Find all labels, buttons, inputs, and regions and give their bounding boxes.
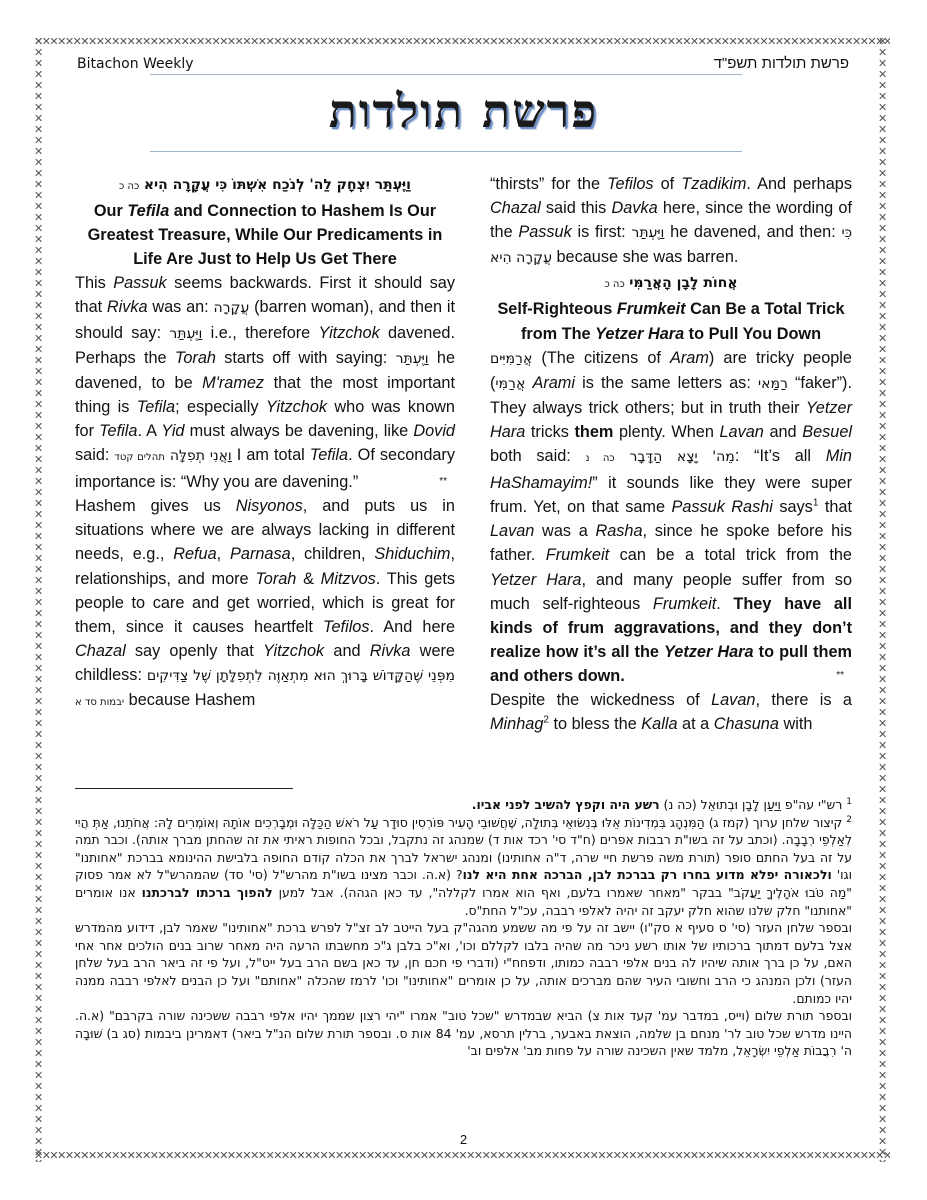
paragraph: “thirsts” for the Tefilos of Tzadikim. A… (490, 172, 852, 270)
footnote-separator (75, 788, 293, 789)
border-left: ✕✕✕✕✕✕✕✕✕✕✕✕✕✕✕✕✕✕✕✕✕✕✕✕✕✕✕✕✕✕✕✕✕✕✕✕✕✕✕✕… (34, 36, 46, 1162)
page-title: פרשת תולדות (0, 84, 927, 138)
paragraph: Despite the wickedness of Lavan, there i… (490, 688, 852, 736)
header-rule (150, 74, 742, 75)
publication-name: Bitachon Weekly (77, 56, 194, 72)
hebrew-verse: אֲחוֹת לָבָן הָאֲרַמִּי (629, 275, 737, 291)
section-headline: Our Tefila and Connection to Hashem Is O… (75, 199, 455, 271)
paragraph: Hashem gives us Nisyonos, and puts us in… (75, 494, 455, 715)
paragraph: אֲרַמִּיִּים (The citizens of Aram) are … (490, 346, 852, 688)
border-bottom: ✕✕✕✕✕✕✕✕✕✕✕✕✕✕✕✕✕✕✕✕✕✕✕✕✕✕✕✕✕✕✕✕✕✕✕✕✕✕✕✕… (34, 1150, 890, 1162)
footnote-1: 1 רש"י עה"פ וַיַּעַן לָבָן וּבְתוּאֵל (כ… (75, 796, 852, 814)
right-column: “thirsts” for the Tefilos of Tzadikim. A… (490, 172, 852, 736)
section-divider-stars: ** (836, 664, 852, 688)
footnote-2-cont: ובספר שלחן העזר (סי' ס סעיף א סק"ו) יישב… (75, 919, 852, 1007)
footnote-2-cont: ובספר תורת שלום (וייס, במדבר עמ' קעד אות… (75, 1007, 852, 1060)
verse-source: כה כ (604, 279, 624, 290)
title-rule (150, 151, 742, 152)
headline-italic: Tefila (127, 202, 169, 220)
border-right: ✕✕✕✕✕✕✕✕✕✕✕✕✕✕✕✕✕✕✕✕✕✕✕✕✕✕✕✕✕✕✕✕✕✕✕✕✕✕✕✕… (878, 36, 890, 1162)
page-number: 2 (0, 1132, 927, 1147)
verse-heading: אֲחוֹת לָבָן הָאֲרַמִּי כה כ (490, 270, 852, 297)
section-divider-stars: ** (439, 470, 455, 494)
hebrew-verse: וַיֶּעְתַּר יִצְחָק לַה' לְנֹכַח אִשְׁתּ… (144, 177, 411, 193)
footnote-2: 2 קיצור שלחן ערוך (קמז ג) הַמִּנְהָג בִּ… (75, 814, 852, 920)
headline-text: Our (94, 202, 127, 220)
footnotes: 1 רש"י עה"פ וַיַּעַן לָבָן וּבְתוּאֵל (כ… (75, 796, 852, 1060)
section-headline: Self-Righteous Frumkeit Can Be a Total T… (490, 297, 852, 345)
parsha-year-label: פרשת תולדות תשפ"ד (714, 55, 849, 72)
left-column: וַיֶּעְתַּר יִצְחָק לַה' לְנֹכַח אִשְׁתּ… (75, 172, 455, 715)
verse-source: כה כ (119, 181, 139, 192)
verse-heading: וַיֶּעְתַּר יִצְחָק לַה' לְנֹכַח אִשְׁתּ… (75, 172, 455, 199)
border-top: ✕✕✕✕✕✕✕✕✕✕✕✕✕✕✕✕✕✕✕✕✕✕✕✕✕✕✕✕✕✕✕✕✕✕✕✕✕✕✕✕… (34, 36, 890, 48)
paragraph: This Passuk seems backwards. First it sh… (75, 271, 455, 494)
